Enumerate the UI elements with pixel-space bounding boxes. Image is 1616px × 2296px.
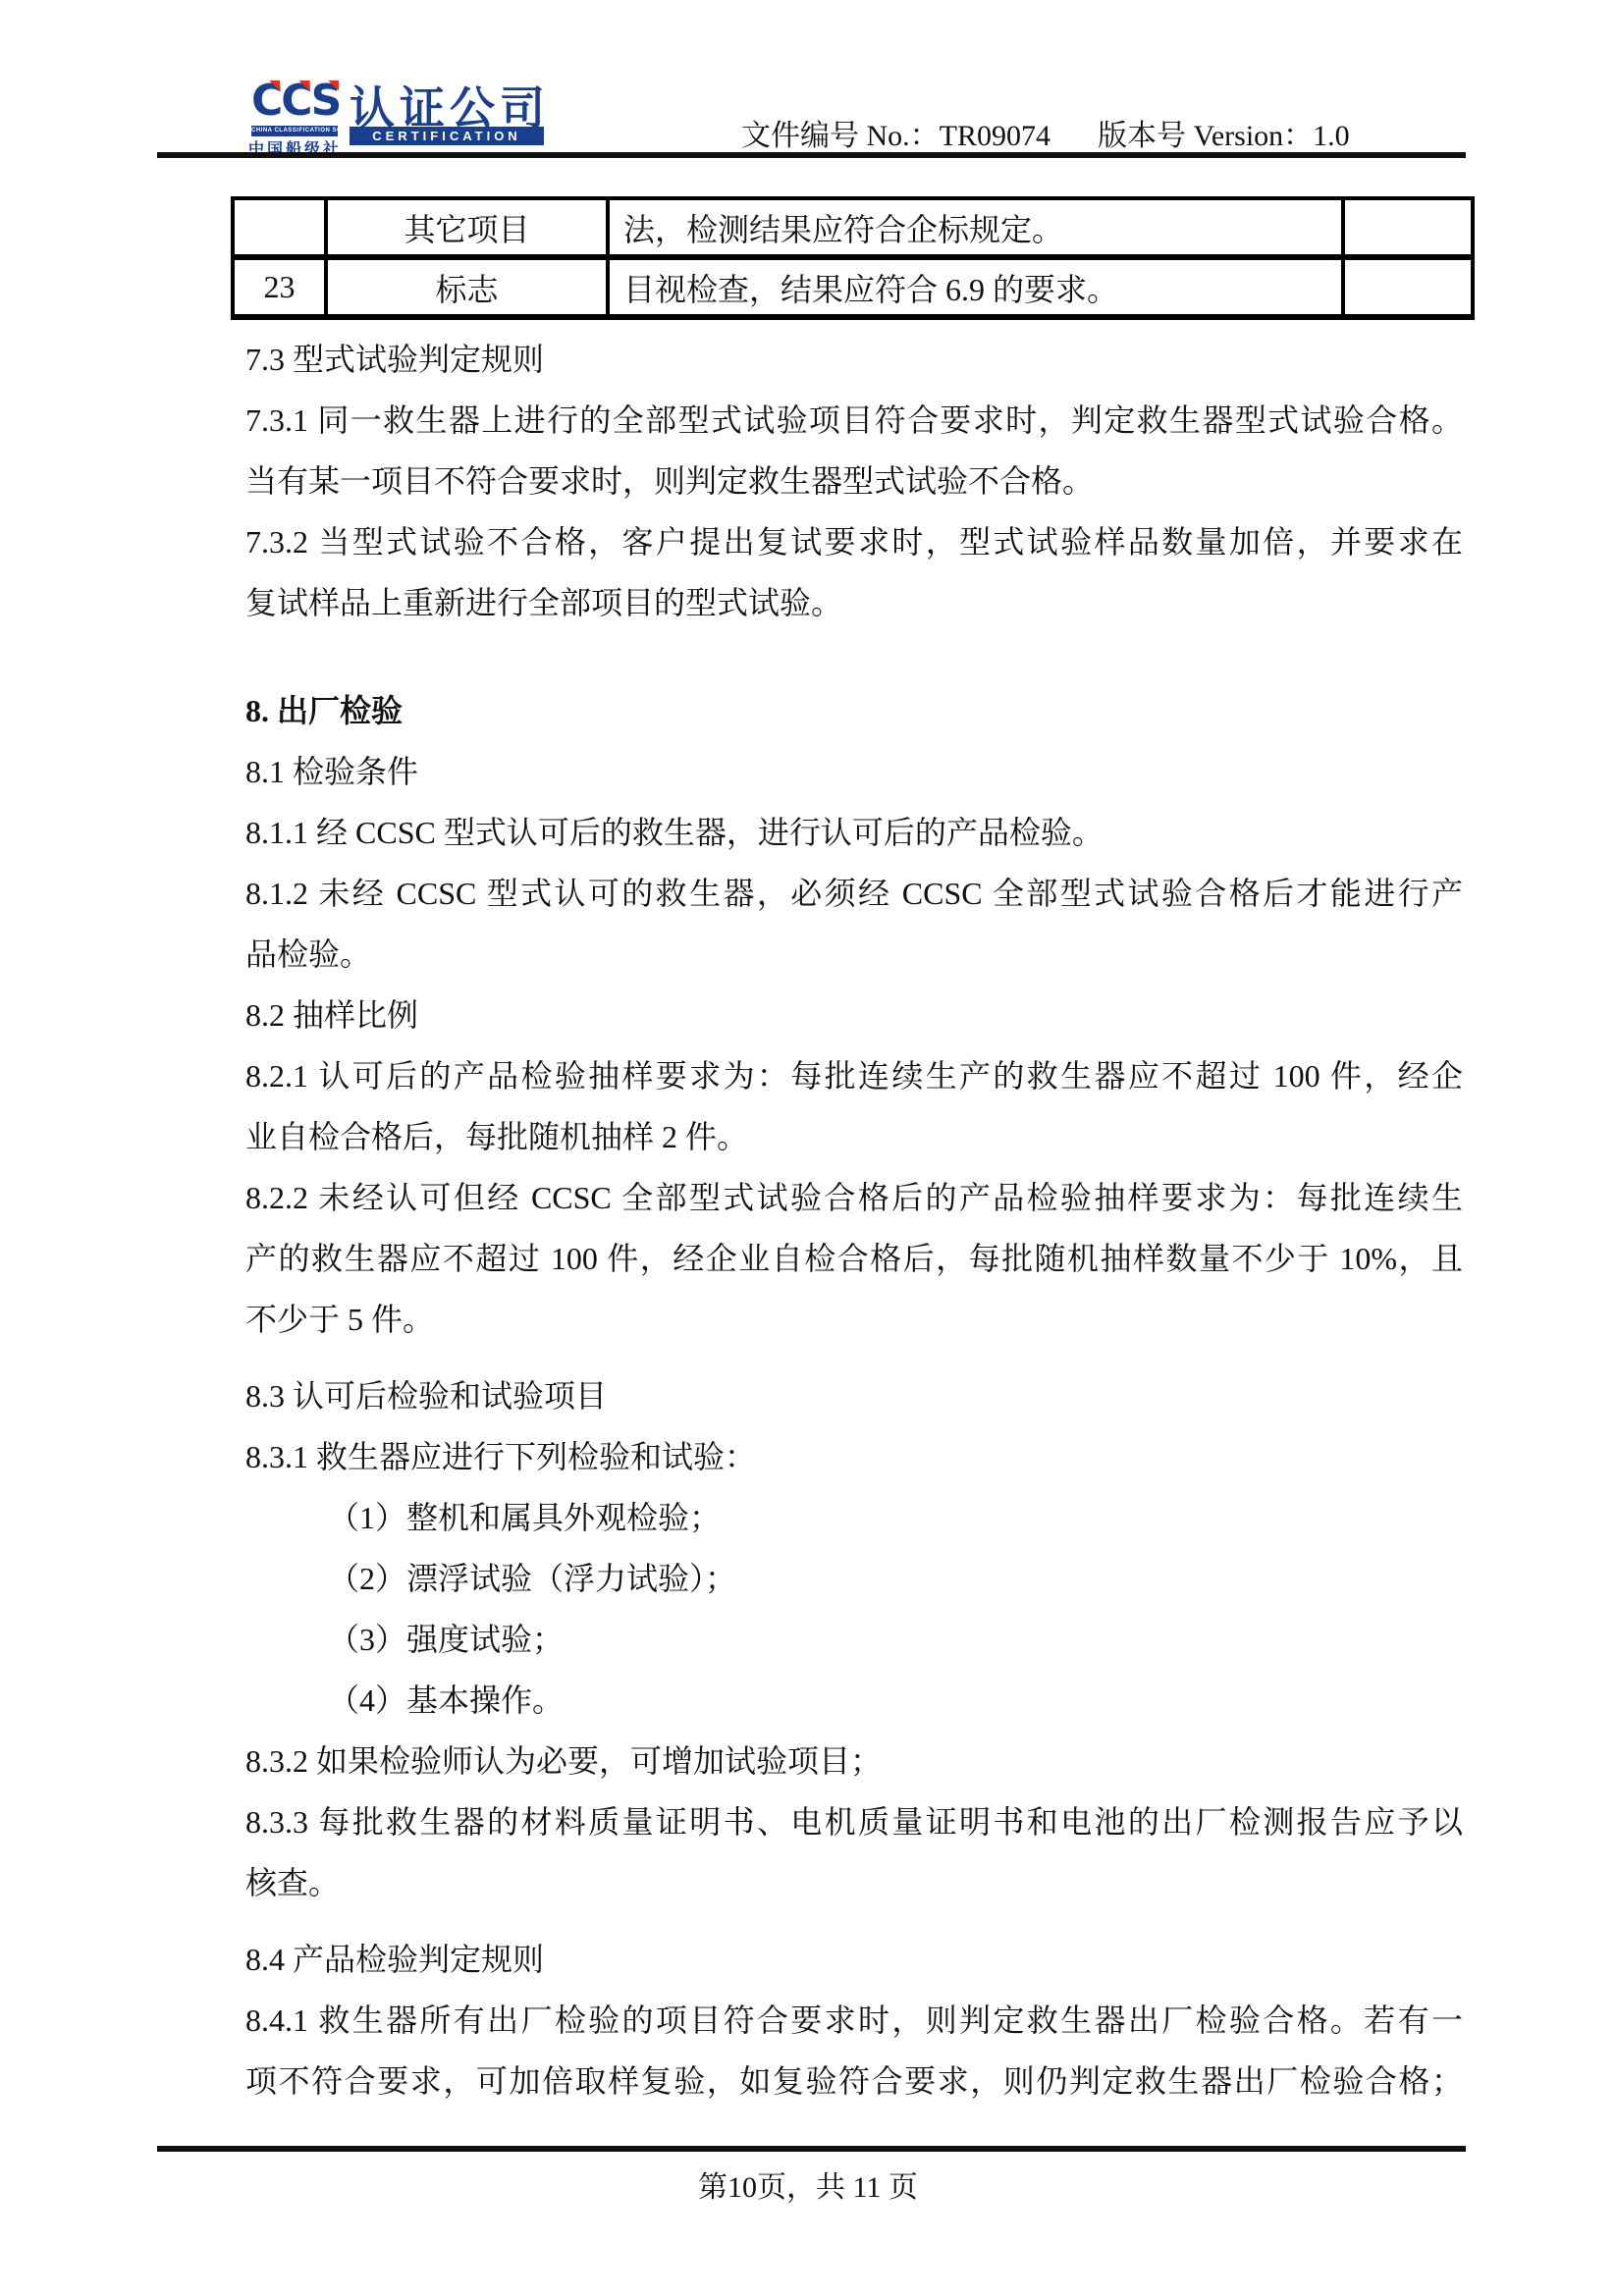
- text-line: 核查。: [245, 1852, 1463, 1913]
- text-line: 8.2 抽样比例: [245, 985, 1463, 1045]
- text-line: 7.3.2 当型式试验不合格，客户提出复试要求时，型式试验样品数量加倍，并要求在: [245, 511, 1463, 572]
- text-line: 8.1 检验条件: [245, 741, 1463, 802]
- document-header: CCS CHINA CLASSIFICATION SOCIETY 中国船级社 认…: [0, 0, 1616, 167]
- ccs-logo: CCS: [251, 79, 340, 124]
- text-line: 8.3.3 每批救生器的材料质量证明书、电机质量证明书和电池的出厂检测报告应予以: [245, 1791, 1463, 1852]
- table-cell-description: 法，检测结果应符合企标规定。: [608, 198, 1343, 257]
- text-line: 8. 出厂检验: [245, 680, 1463, 741]
- table-cell-item: 其它项目: [326, 198, 608, 257]
- page-number: 第10页，共 11 页: [0, 2163, 1616, 2206]
- certification-banner: CERTIFICATION: [350, 127, 544, 145]
- table-cell-result: [1343, 198, 1473, 257]
- text-line: 产的救生器应不超过 100 件，经企业自检合格后，每批随机抽样数量不少于 10%…: [245, 1228, 1463, 1289]
- inspection-items-table: 其它项目 法，检测结果应符合企标规定。 23 标志 目视检查，结果应符合 6.9…: [231, 196, 1475, 320]
- text-line: 8.3 认可后检验和试验项目: [245, 1365, 1463, 1426]
- classification-society-banner: CHINA CLASSIFICATION SOCIETY: [251, 126, 338, 136]
- header-rule: [157, 152, 1466, 158]
- table-row: 23 标志 目视检查，结果应符合 6.9 的要求。: [233, 257, 1473, 317]
- text-line: （1）整机和属具外观检验；: [245, 1487, 1463, 1548]
- text-line: （3）强度试验；: [245, 1609, 1463, 1670]
- text-line: 8.2.1 认可后的产品检验抽样要求为：每批连续生产的救生器应不超过 100 件…: [245, 1045, 1463, 1106]
- text-line: 8.3.2 如果检验师认为必要，可增加试验项目；: [245, 1731, 1463, 1791]
- table-cell-item: 标志: [326, 257, 608, 317]
- table-cell-description: 目视检查，结果应符合 6.9 的要求。: [608, 257, 1343, 317]
- document-version: 版本号 Version：1.0: [1098, 120, 1350, 152]
- document-meta: 文件编号 No.：TR09074版本号 Version：1.0: [741, 111, 1468, 154]
- table-cell-number: [233, 198, 326, 257]
- ccs-logo-letter: S: [311, 79, 341, 124]
- text-line: 不少于 5 件。: [245, 1289, 1463, 1350]
- text-line: 复试样品上重新进行全部项目的型式试验。: [245, 572, 1463, 633]
- text-line: （2）漂浮试验（浮力试验）；: [245, 1548, 1463, 1609]
- text-line: 当有某一项目不符合要求时，则判定救生器型式试验不合格。: [245, 451, 1463, 511]
- text-line: 8.1.2 未经 CCSC 型式认可的救生器，必须经 CCSC 全部型式试验合格…: [245, 863, 1463, 924]
- table-cell-result: [1343, 257, 1473, 317]
- footer-rule: [157, 2146, 1466, 2152]
- text-line: 8.2.2 未经认可但经 CCSC 全部型式试验合格后的产品检验抽样要求为：每批…: [245, 1167, 1463, 1228]
- text-line: 7.3.1 同一救生器上进行的全部型式试验项目符合要求时，判定救生器型式试验合格…: [245, 390, 1463, 451]
- text-line: （4）基本操作。: [245, 1670, 1463, 1731]
- table-cell-number: 23: [233, 257, 326, 317]
- text-line: 8.1.1 经 CCSC 型式认可后的救生器，进行认可后的产品检验。: [245, 802, 1463, 863]
- text-line: 品检验。: [245, 924, 1463, 985]
- document-body: 7.3 型式试验判定规则7.3.1 同一救生器上进行的全部型式试验项目符合要求时…: [245, 329, 1463, 2111]
- text-line: 8.4.1 救生器所有出厂检验的项目符合要求时，则判定救生器出厂检验合格。若有一: [245, 1990, 1463, 2051]
- text-line: 业自检合格后，每批随机抽样 2 件。: [245, 1106, 1463, 1167]
- text-line: 8.3.1 救生器应进行下列检验和试验：: [245, 1426, 1463, 1487]
- text-line: 项不符合要求，可加倍取样复验，如复验符合要求，则仍判定救生器出厂检验合格；: [245, 2051, 1463, 2111]
- document-number: 文件编号 No.：TR09074: [741, 120, 1050, 152]
- text-line: 8.4 产品检验判定规则: [245, 1929, 1463, 1990]
- ccs-logo-letter: C: [281, 79, 310, 124]
- table-row: 其它项目 法，检测结果应符合企标规定。: [233, 198, 1473, 257]
- document-page: { "header": { "logo": { "ccs_letters": […: [0, 0, 1616, 2296]
- text-line: 7.3 型式试验判定规则: [245, 329, 1463, 390]
- ccs-logo-letter: C: [251, 79, 281, 124]
